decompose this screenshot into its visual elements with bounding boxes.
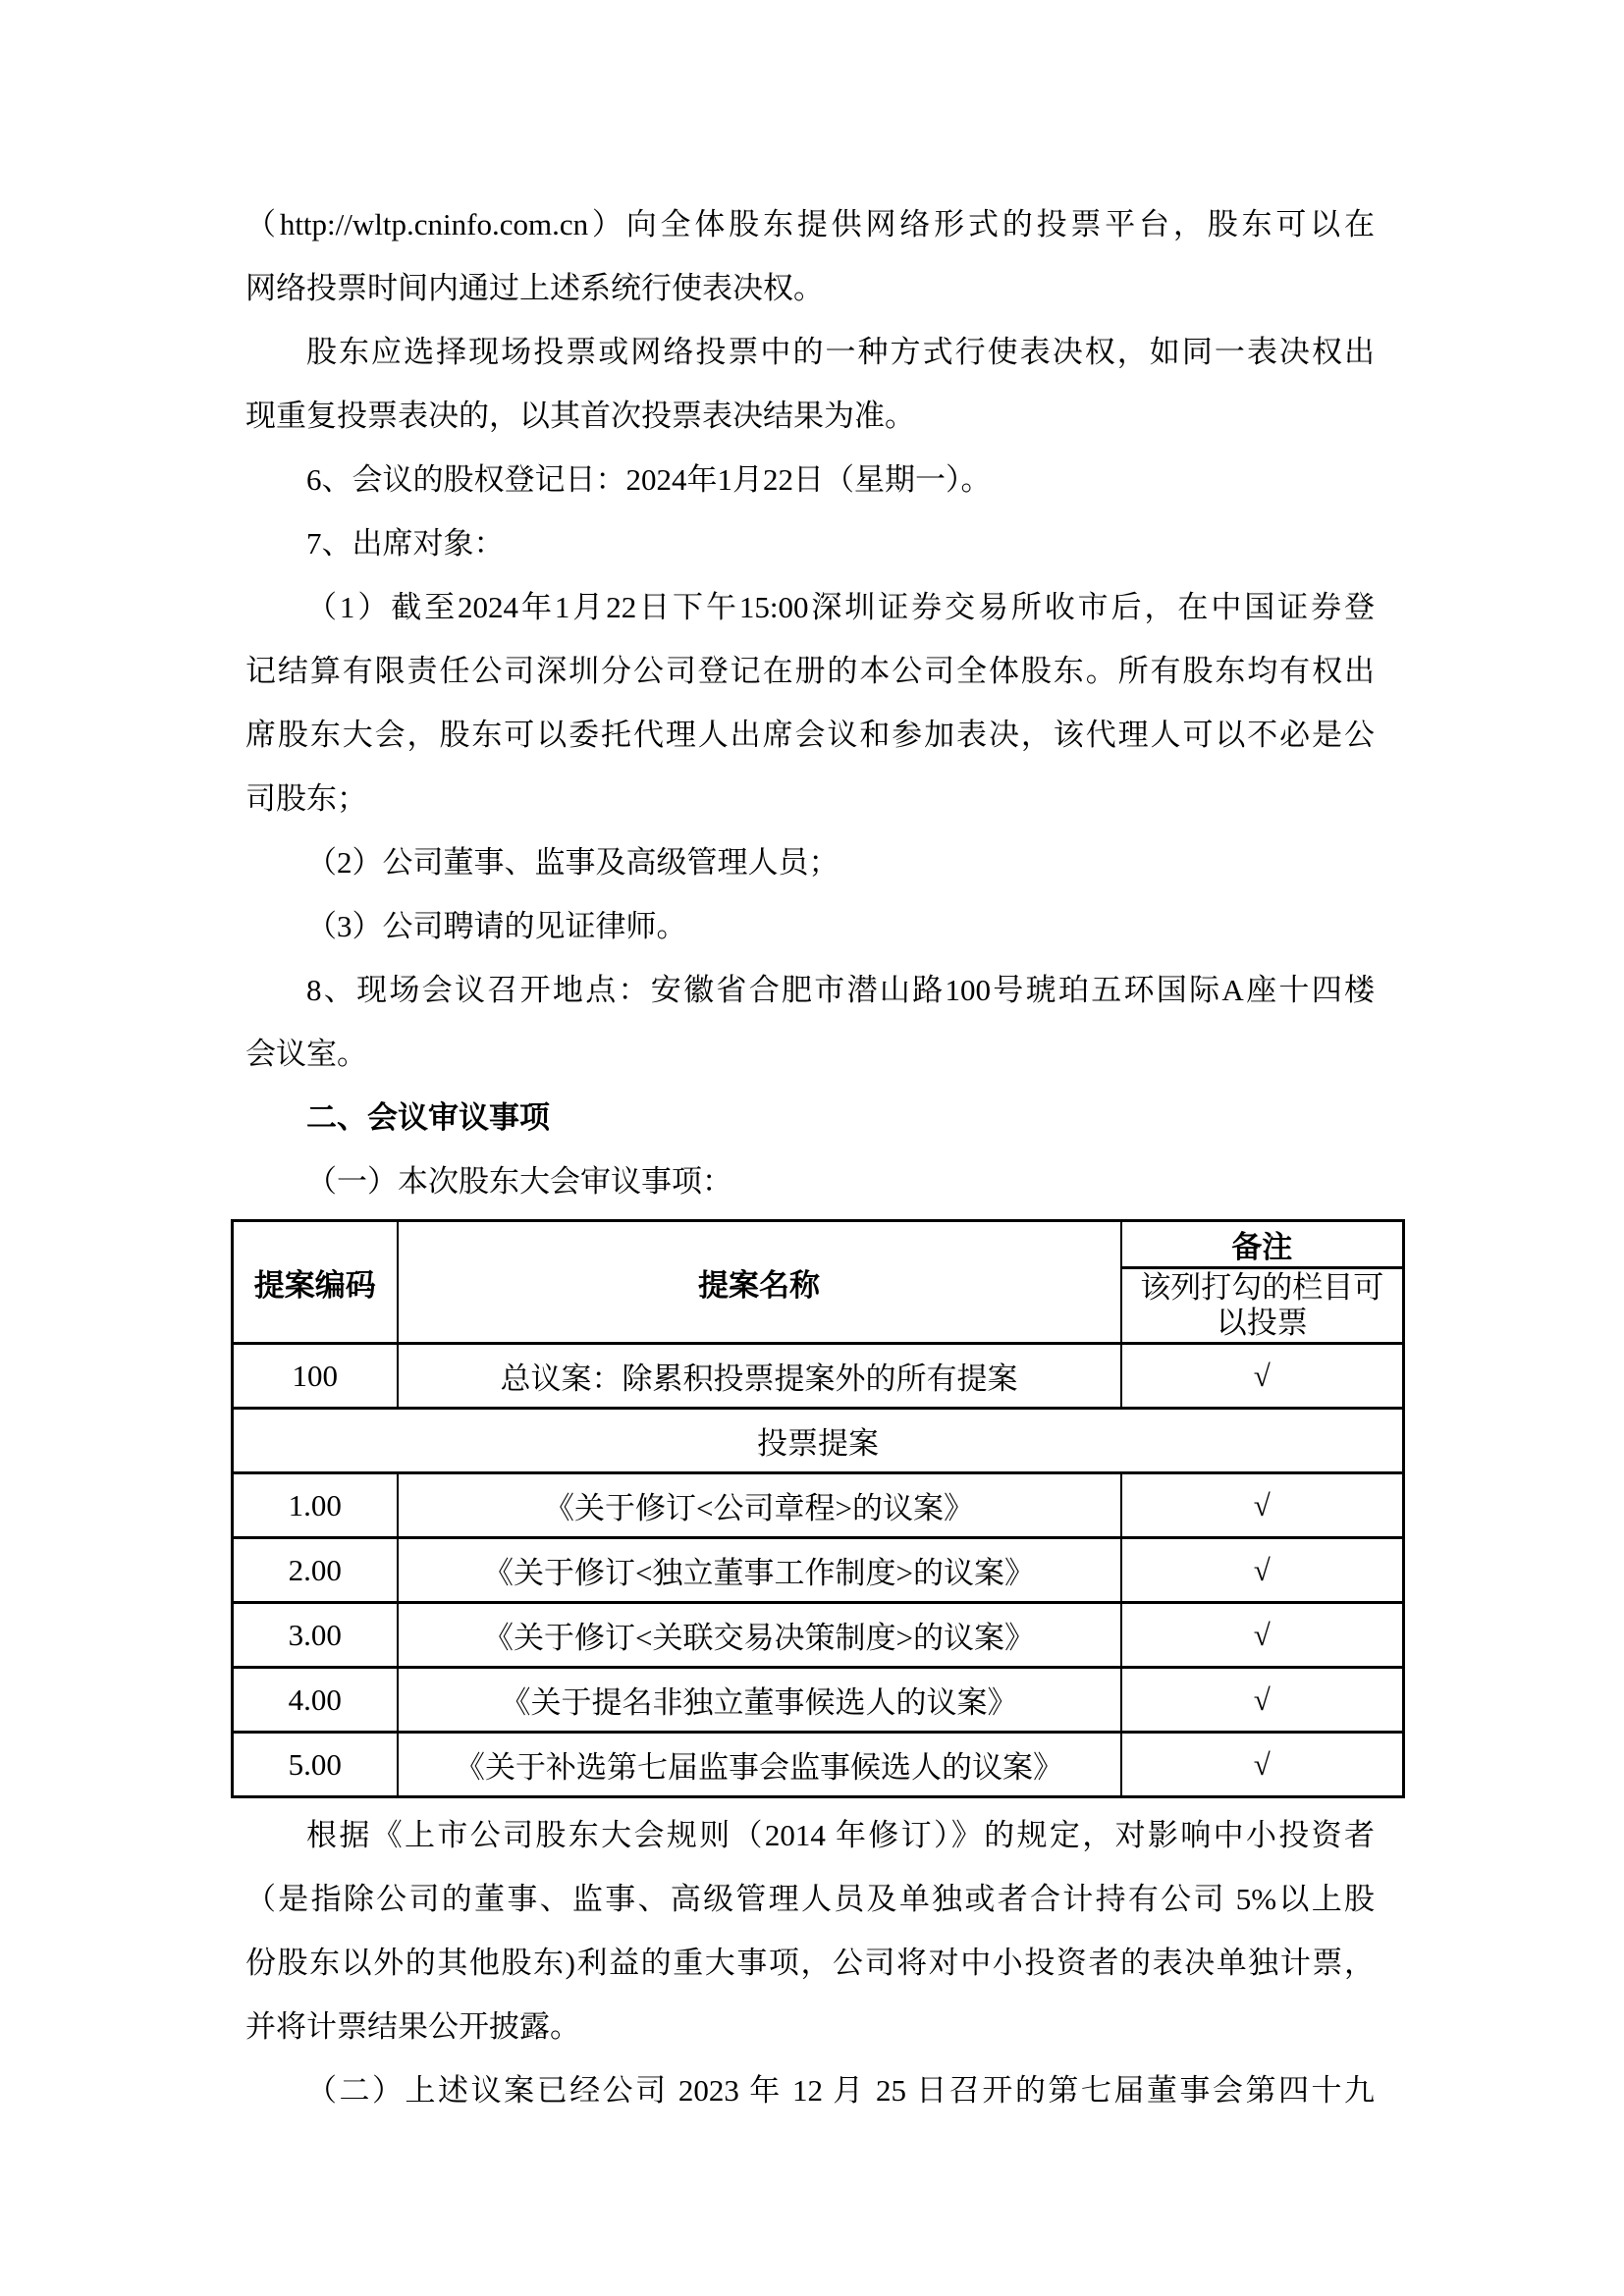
doc-line: 根据《上市公司股东大会规则（2014 年修订）》的规定，对影响中小投资者 <box>245 1803 1375 1867</box>
table-section-row: 投票提案 <box>233 1409 1404 1473</box>
cell-proposal-code: 2.00 <box>233 1538 398 1603</box>
doc-line: 并将计票结果公开披露。 <box>245 1995 1375 2058</box>
cell-proposal-code: 1.00 <box>233 1473 398 1538</box>
cell-proposal-name: 《关于提名非独立董事候选人的议案》 <box>398 1668 1121 1733</box>
cell-proposal-code: 100 <box>233 1344 398 1409</box>
table-row: 2.00 《关于修订<独立董事工作制度>的议案》 √ <box>233 1538 1404 1603</box>
table-row: 100 总议案：除累积投票提案外的所有提案 √ <box>233 1344 1404 1409</box>
document-page: （http://wltp.cninfo.com.cn）向全体股东提供网络形式的投… <box>0 0 1624 2296</box>
doc-line: （一）本次股东大会审议事项： <box>245 1149 1375 1213</box>
table-row: 1.00 《关于修订<公司章程>的议案》 √ <box>233 1473 1404 1538</box>
doc-line: 8、现场会议召开地点：安徽省合肥市潜山路100号琥珀五环国际A座十四楼 <box>245 958 1375 1022</box>
cell-proposal-name: 《关于补选第七届监事会监事候选人的议案》 <box>398 1733 1121 1797</box>
cell-check-mark: √ <box>1121 1538 1404 1603</box>
cell-proposal-code: 3.00 <box>233 1603 398 1668</box>
cell-check-mark: √ <box>1121 1733 1404 1797</box>
cell-proposal-name: 《关于修订<公司章程>的议案》 <box>398 1473 1121 1538</box>
doc-line: 司股东； <box>245 767 1375 830</box>
doc-line: （是指除公司的董事、监事、高级管理人员及单独或者合计持有公司 5%以上股 <box>245 1867 1375 1931</box>
cell-check-mark: √ <box>1121 1603 1404 1668</box>
doc-line: 网络投票时间内通过上述系统行使表决权。 <box>245 256 1375 320</box>
cell-check-mark: √ <box>1121 1344 1404 1409</box>
cell-proposal-name: 《关于修订<关联交易决策制度>的议案》 <box>398 1603 1121 1668</box>
doc-line: （2）公司董事、监事及高级管理人员； <box>245 830 1375 894</box>
cell-check-mark: √ <box>1121 1668 1404 1733</box>
doc-line: 席股东大会，股东可以委托代理人出席会议和参加表决，该代理人可以不必是公 <box>245 703 1375 767</box>
section-heading: 二、会议审议事项 <box>245 1086 1375 1149</box>
doc-line: 6、会议的股权登记日：2024年1月22日（星期一）。 <box>245 448 1375 511</box>
header-remark-note: 该列打勾的栏目可以投票 <box>1121 1268 1404 1344</box>
doc-line: 会议室。 <box>245 1022 1375 1086</box>
table-row: 3.00 《关于修订<关联交易决策制度>的议案》 √ <box>233 1603 1404 1668</box>
header-proposal-name: 提案名称 <box>398 1221 1121 1344</box>
table-row: 5.00 《关于补选第七届监事会监事候选人的议案》 √ <box>233 1733 1404 1797</box>
cell-proposal-name: 总议案：除累积投票提案外的所有提案 <box>398 1344 1121 1409</box>
cell-check-mark: √ <box>1121 1473 1404 1538</box>
cell-proposal-name: 《关于修订<独立董事工作制度>的议案》 <box>398 1538 1121 1603</box>
doc-line: 现重复投票表决的，以其首次投票表决结果为准。 <box>245 384 1375 448</box>
header-proposal-code: 提案编码 <box>233 1221 398 1344</box>
remark-note-text: 该列打勾的栏目可以投票 <box>1134 1270 1389 1341</box>
doc-line: （1）截至2024年1月22日下午15:00深圳证券交易所收市后，在中国证券登 <box>245 575 1375 639</box>
header-remark: 备注 <box>1121 1221 1404 1268</box>
doc-line: （3）公司聘请的见证律师。 <box>245 894 1375 958</box>
doc-line: 份股东以外的其他股东)利益的重大事项，公司将对中小投资者的表决单独计票， <box>245 1931 1375 1995</box>
table-row: 4.00 《关于提名非独立董事候选人的议案》 √ <box>233 1668 1404 1733</box>
doc-line: 记结算有限责任公司深圳分公司登记在册的本公司全体股东。所有股东均有权出 <box>245 639 1375 703</box>
doc-line: 股东应选择现场投票或网络投票中的一种方式行使表决权，如同一表决权出 <box>245 320 1375 384</box>
table-header-row: 提案编码 提案名称 备注 <box>233 1221 1404 1268</box>
doc-line: （http://wltp.cninfo.com.cn）向全体股东提供网络形式的投… <box>245 192 1375 256</box>
doc-line: （二）上述议案已经公司 2023 年 12 月 25 日召开的第七届董事会第四十… <box>245 2058 1375 2122</box>
doc-line: 7、出席对象： <box>245 511 1375 575</box>
cell-proposal-code: 5.00 <box>233 1733 398 1797</box>
document-content: （http://wltp.cninfo.com.cn）向全体股东提供网络形式的投… <box>245 0 1375 2122</box>
cell-proposal-code: 4.00 <box>233 1668 398 1733</box>
section-row-label: 投票提案 <box>233 1409 1404 1473</box>
proposal-review-table: 提案编码 提案名称 备注 该列打勾的栏目可以投票 100 总议案：除累积投票提案… <box>231 1219 1405 1798</box>
